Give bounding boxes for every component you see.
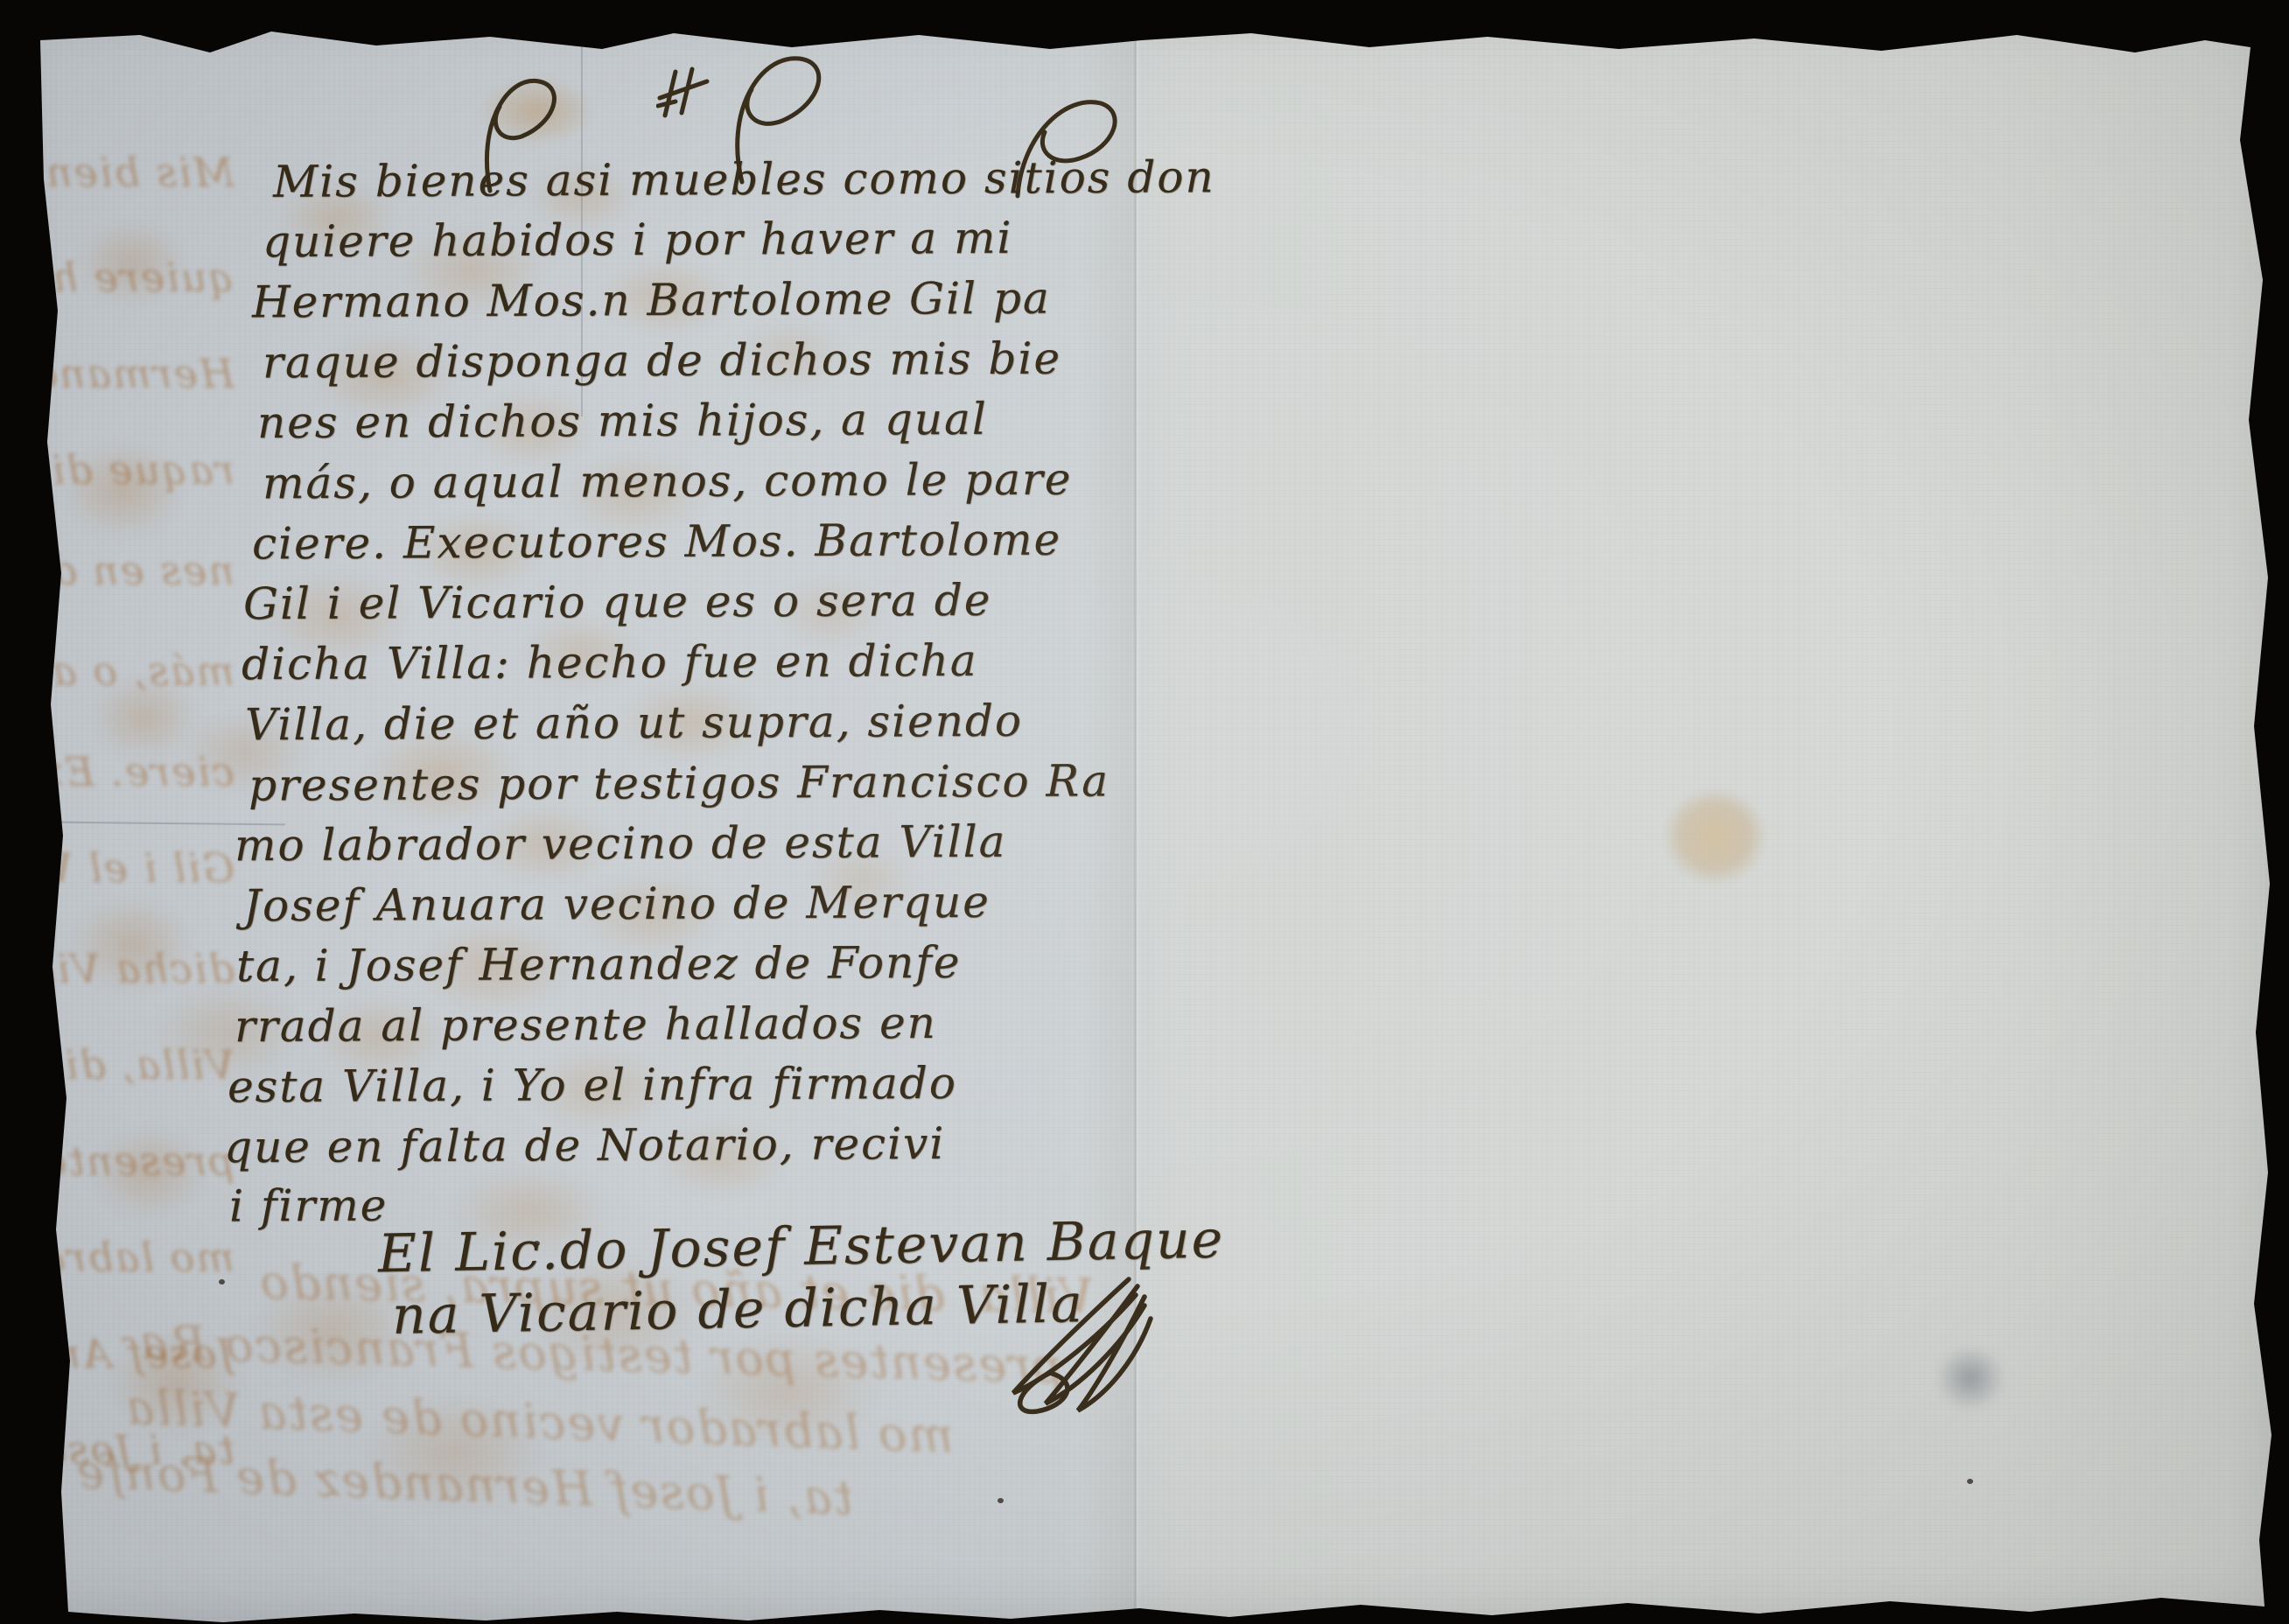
edge-vignette: [0, 0, 2289, 1624]
manuscript-sheet: Mis bienes asi muebles como sitios don q…: [0, 0, 2289, 1624]
photograph-background: Mis bienes asi muebles como sitios don q…: [0, 0, 2289, 1624]
